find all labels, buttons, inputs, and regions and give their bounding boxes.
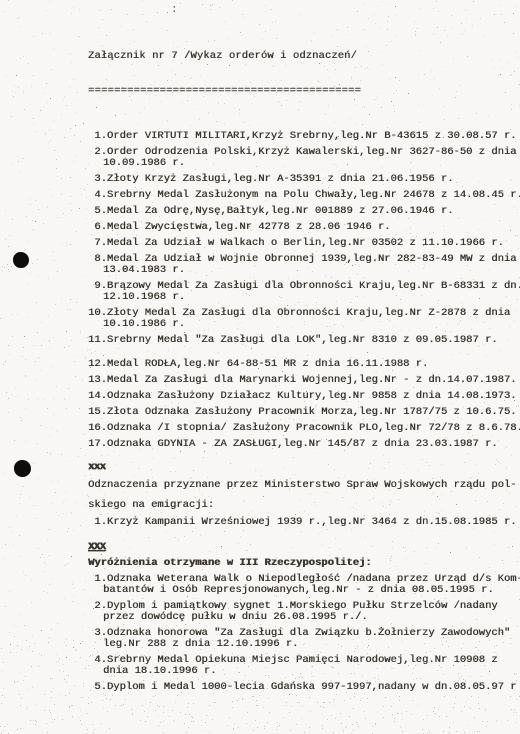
document-line: 14.Odznaka Zasłużony Działacz Kultury,le… bbox=[88, 391, 520, 402]
document-line: 16.Odznaka /I stopnia/ Zasłużony Pracown… bbox=[88, 423, 520, 434]
punch-hole-top bbox=[13, 252, 29, 268]
list-item: 13.Medal Za Zasługi dla Marynarki Wojenn… bbox=[88, 375, 520, 386]
section-third: XXXWyróżnienia otrzymane w III Rzeczypos… bbox=[88, 542, 520, 693]
punch-hole-bottom bbox=[14, 460, 31, 477]
document-line: 6.Medal Zwycięstwa,leg.Nr 42778 z 28.06 … bbox=[88, 222, 520, 233]
list-item: 6.Medal Zwycięstwa,leg.Nr 42778 z 28.06 … bbox=[88, 222, 520, 233]
document-line: 4.Srebrny Medal Zasłużonym na Polu Chwał… bbox=[88, 190, 520, 201]
noise-layer bbox=[0, 0, 1, 1]
document-line: 3.Złoty Krzyż Zasługi,leg.Nr A-35391 z d… bbox=[88, 174, 520, 185]
document-line: leg.Nr 288 z dnia 12.10.1996 r. bbox=[88, 639, 520, 650]
document-line: 12.10.1968 r. bbox=[88, 292, 520, 303]
list-item: 4.Srebrny Medal Opiekuna Miejsc Pamięci … bbox=[88, 655, 520, 677]
document-body: Załącznik nr 7 /Wykaz orderów i odznacze… bbox=[88, 28, 520, 715]
section-emigration: xxxOdznaczenia przyznane przez Ministers… bbox=[88, 462, 520, 528]
list-item: 2.Dyplom i pamiątkowy sygnet 1.Morskiego… bbox=[88, 601, 520, 623]
document-line: 7.Medal Za Udział w Walkach o Berlin,leg… bbox=[88, 238, 520, 249]
noise-layer bbox=[0, 0, 1, 1]
list-item: 3.Złoty Krzyż Zasługi,leg.Nr A-35391 z d… bbox=[88, 174, 520, 185]
list-item: 1.Order VIRTUTI MILITARI,Krzyż Srebrny,l… bbox=[88, 131, 520, 142]
noise-layer bbox=[0, 0, 1, 1]
document-line: 10.09.1986 r. bbox=[88, 158, 520, 169]
list-item: 17.Odznaka GDYNIA - ZA ZASŁUGI,leg.Nr 14… bbox=[88, 439, 520, 450]
document-line: 17.Odznaka GDYNIA - ZA ZASŁUGI,leg.Nr 14… bbox=[88, 439, 520, 450]
document-content: 1.Order VIRTUTI MILITARI,Krzyż Srebrny,l… bbox=[88, 131, 520, 693]
document-page: : Załącznik nr 7 /Wykaz orderów i odznac… bbox=[0, 0, 520, 734]
list-item: 7.Medal Za Udział w Walkach o Berlin,leg… bbox=[88, 238, 520, 249]
document-line: 1.Order VIRTUTI MILITARI,Krzyż Srebrny,l… bbox=[88, 131, 520, 142]
list-item: 10.Złoty Medal Za Zasługi dla Obronności… bbox=[88, 308, 520, 330]
noise-layer bbox=[0, 0, 1, 1]
list-item: 2.Order Odrodzenia Polski,Krzyż Kawalers… bbox=[88, 147, 520, 169]
document-line: 5.Medal Za Odrę,Nysę,Bałtyk,leg.Nr 00188… bbox=[88, 206, 520, 217]
list-item: 14.Odznaka Zasłużony Działacz Kultury,le… bbox=[88, 391, 520, 402]
document-line: 10.10.1986 r. bbox=[88, 319, 520, 330]
title-underline-rule: ========================================… bbox=[88, 85, 520, 97]
list-item: 3.Odznaka honorowa "Za Zasługi dla Związ… bbox=[88, 628, 520, 650]
document-line: 1.Krzyż Kampanii Wrześniowej 1939 r.,leg… bbox=[88, 517, 520, 528]
list-item: 1.Krzyż Kampanii Wrześniowej 1939 r.,leg… bbox=[88, 517, 520, 528]
section-divider: XXX bbox=[88, 542, 520, 553]
section-divider: xxx bbox=[88, 462, 520, 473]
document-line: 5.Dyplom i Medal 1000-lecia Gdańska 997-… bbox=[88, 682, 520, 693]
section-intro-line: skiego na emigracji: bbox=[88, 498, 520, 513]
stray-ink-mark: : bbox=[171, 5, 178, 16]
list-item: 8.Medal Za Udział w Wojnie Obronnej 1939… bbox=[88, 254, 520, 276]
list-item: 12.Medal RODŁA,leg.Nr 64-88-51 MR z dnia… bbox=[88, 359, 520, 370]
list-item: 9.Brązowy Medal Za Zasługi dla Obronnośc… bbox=[88, 281, 520, 303]
document-title: Załącznik nr 7 /Wykaz orderów i odznacze… bbox=[88, 50, 520, 62]
document-line: 15.Złota Odznaka Zasłużony Pracownik Mor… bbox=[88, 407, 520, 418]
list-item: 5.Medal Za Odrę,Nysę,Bałtyk,leg.Nr 00188… bbox=[88, 206, 520, 217]
section-intro-line: Odznaczenia przyznane przez Ministerstwo… bbox=[88, 478, 520, 493]
list-item: 5.Dyplom i Medal 1000-lecia Gdańska 997-… bbox=[88, 682, 520, 693]
list-item: 15.Złota Odznaka Zasłużony Pracownik Mor… bbox=[88, 407, 520, 418]
list-item: 4.Srebrny Medal Zasłużonym na Polu Chwał… bbox=[88, 190, 520, 201]
document-line: batantów i Osób Represjonowanych,leg.Nr … bbox=[88, 585, 520, 596]
list-item: 11.Srebrny Medal "Za Zasługi dla LOK",le… bbox=[88, 335, 520, 346]
document-line: 11.Srebrny Medal "Za Zasługi dla LOK",le… bbox=[88, 335, 520, 346]
section-orders: 1.Order VIRTUTI MILITARI,Krzyż Srebrny,l… bbox=[88, 131, 520, 450]
section-heading: Wyróżnienia otrzymane w III Rzeczypospol… bbox=[88, 558, 520, 569]
document-line: 12.Medal RODŁA,leg.Nr 64-88-51 MR z dnia… bbox=[88, 359, 520, 370]
document-line: przez dowódcę pułku w dniu 26.08.1995 r.… bbox=[88, 612, 520, 623]
document-line: dnia 18.10.1996 r. bbox=[88, 666, 520, 677]
list-item: 16.Odznaka /I stopnia/ Zasłużony Pracown… bbox=[88, 423, 520, 434]
document-line: 13.04.1983 r. bbox=[88, 265, 520, 276]
document-line: 13.Medal Za Zasługi dla Marynarki Wojenn… bbox=[88, 375, 520, 386]
list-item: 1.Odznaka Weterana Walk o Niepodległość … bbox=[88, 574, 520, 596]
